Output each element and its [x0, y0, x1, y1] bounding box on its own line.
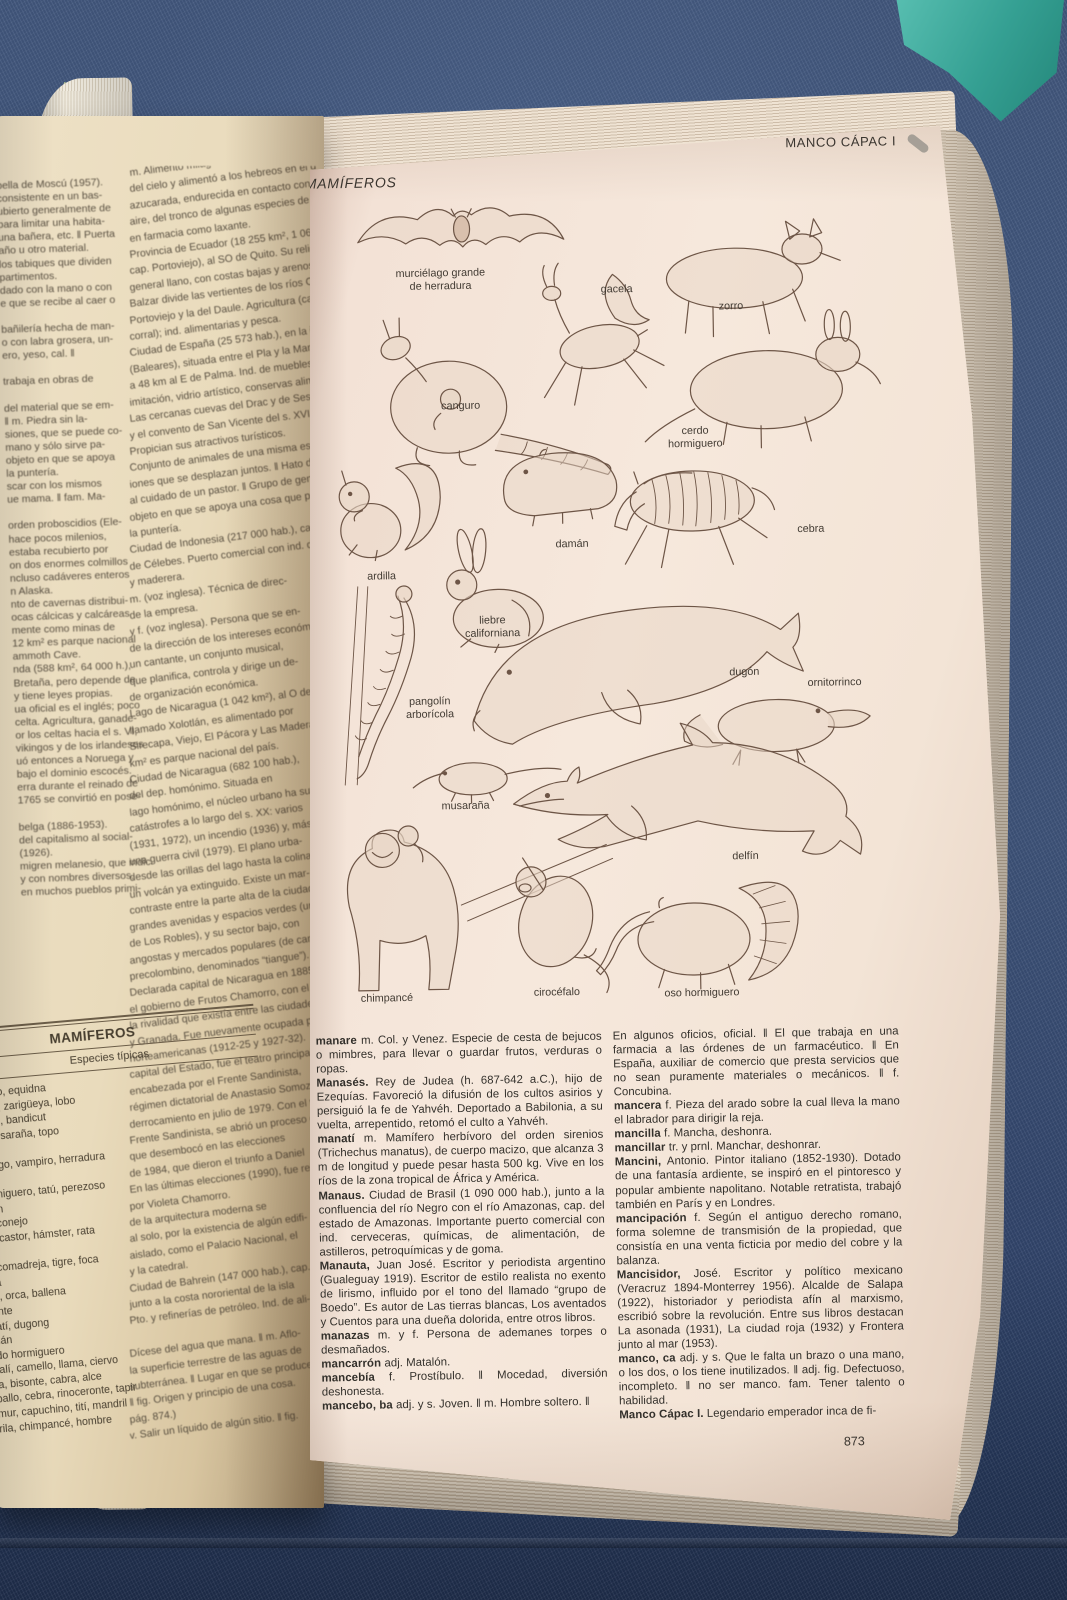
table-row: uán — [0, 1121, 265, 1161]
dictionary-entry: mancipación f. Según el antiguo derecho … — [616, 1207, 903, 1268]
label-ardilla: ardilla — [367, 570, 396, 583]
table-row: fa, bisonte, cabra, alce — [0, 1353, 285, 1393]
text-fragment: año u otro material. — [0, 241, 131, 259]
text-fragment: angostas y mercados populares (de caráct… — [130, 931, 315, 970]
dictionary-entry: manco, ca adj. y s. Que le falta un braz… — [618, 1347, 905, 1408]
text-fragment: general llano, con costas bajas y arenos… — [130, 258, 315, 297]
text-fragment: Frente Sandinista, se abrió un proceso d… — [130, 1111, 315, 1150]
text-fragment: ua oficial es el inglés; poco — [14, 699, 146, 717]
text-fragment: Provincia de Ecuador (18 255 km², 1 060 … — [130, 225, 315, 264]
text-fragment: lago homónimo, el núcleo urbano ha sufri… — [130, 783, 315, 822]
label-musarana: musaraña — [442, 800, 490, 813]
text-fragment: mente como minas de — [12, 620, 144, 638]
text-fragment: un volcán ya extinguido. Existe un mar- — [130, 865, 315, 904]
label-cirocefalo: cirocéfalo — [534, 986, 580, 999]
text-fragment: nto de cavernas distribui- — [11, 594, 143, 612]
text-fragment: la rivalidad que existía entre las ciuda… — [130, 997, 315, 1036]
text-fragment: v. Salir un líquido de algún sitio. ‖ fi… — [130, 1407, 315, 1446]
label-ornitorrinco: ornitorrinco — [807, 676, 861, 690]
bat-sketch — [357, 207, 564, 249]
text-fragment: y Granada. Fue nuevamente ocupada por — [130, 1013, 315, 1052]
table-row: ciélago, vampiro, herradura — [0, 1135, 266, 1175]
text-fragment: del capitalismo al social- — [19, 830, 151, 848]
table-row: supial, bandicut — [0, 1092, 262, 1132]
table-row: fín, orca, ballena — [0, 1266, 277, 1306]
dictionary-text: manare m. Col. y Venez. Especie de cesta… — [316, 1024, 907, 1427]
text-fragment: de la dirección de los intereses económi… — [130, 619, 315, 658]
text-fragment: (1926). — [19, 843, 151, 861]
text-fragment: bella de Moscú (1957). — [0, 175, 128, 193]
squirrel-sketch — [339, 463, 442, 561]
right-page-content: MANCO CÁPAC I MAMÍFEROS — [294, 120, 982, 1539]
text-fragment: en farmacia como laxante. — [130, 209, 315, 248]
label-pangolin: pangolín arborícola — [406, 695, 454, 721]
text-fragment: pág. 874.) — [130, 1390, 315, 1429]
text-fragment: mano y sólo sirve pa- — [5, 437, 137, 455]
table-row: mur, capuchino, tití, mandril — [0, 1382, 288, 1422]
text-fragment: 1765 se convirtió en pose- — [17, 790, 149, 808]
text-fragment: siones, que se puede co- — [5, 424, 137, 442]
dictionary-entry: Mancini, Antonio. Pintor italiano (1852-… — [615, 1151, 902, 1212]
dictionary-right-column: En algunos oficios, oficial. ‖ El que tr… — [613, 1024, 906, 1422]
text-fragment: Portoviejo y la del Daule. Agricultura (… — [130, 291, 315, 330]
table-row: mán — [0, 1310, 281, 1350]
text-fragment: m. Alimento milagroso que, según la Bibl… — [130, 166, 315, 182]
text-fragment: el gobierno de Frutos Chamorro, con el f… — [130, 980, 315, 1019]
table-row: hormiguero, tatú, perezoso — [0, 1164, 269, 1204]
text-fragment: imitación, vidrio artístico, conservas a… — [130, 373, 315, 412]
dictionary-entry: manatí m. Mamífero herbívoro del orden s… — [317, 1128, 604, 1189]
text-fragment: o con labra grosera, un- — [1, 332, 133, 350]
text-fragment: y con nombres diversos, — [20, 869, 152, 887]
text-fragment: bajo el dominio escocés. — [17, 764, 149, 782]
text-fragment: ‖ fig. Origen y principio de una cosa. — [130, 1374, 315, 1413]
text-fragment: erra durante el reinado de — [17, 777, 149, 795]
text-fragment: corral); ind. alimentarias y pesca. — [130, 307, 315, 346]
table-row: guros, zarigüeya, lobo — [0, 1077, 261, 1117]
text-fragment: derrocamiento en julio de 1979. Con el t… — [130, 1095, 315, 1134]
text-fragment: ero, yeso, cal. ‖ — [2, 346, 134, 364]
dictionary-entry: manare m. Col. y Venez. Especie de cesta… — [316, 1030, 603, 1077]
text-fragment: subterránea. ‖ Lugar en que se produce — [130, 1357, 315, 1396]
label-canguro: canguro — [441, 400, 480, 413]
text-fragment: ammoth Cave. — [12, 646, 144, 664]
table-row: orrinco, equidna — [0, 1063, 260, 1103]
label-chimpance: chimpancé — [361, 992, 413, 1006]
text-fragment: del material que se em- — [4, 398, 136, 416]
text-fragment: (Baleares), situada entre el Pla y la Ma… — [130, 340, 315, 379]
label-cebra: cebra — [797, 523, 824, 536]
dictionary-entry: En algunos oficios, oficial. ‖ El que tr… — [613, 1024, 900, 1099]
table-rows: orrinco, equidnaguros, zarigüeya, lobosu… — [0, 1063, 289, 1438]
hanging-monkey-sketch — [460, 844, 615, 995]
text-fragment: En las últimas elecciones (1990), fue re… — [130, 1161, 315, 1200]
label-murcielago: murciélago grande de herradura — [396, 267, 486, 294]
text-fragment: y maderera. — [130, 554, 315, 593]
label-gacela: gacela — [601, 283, 633, 296]
table-row: rsa — [0, 1252, 276, 1292]
text-fragment: m. (voz inglesa). Técnica de direc- — [130, 570, 315, 609]
text-fragment: objeto en que se apoya una cosa que pued… — [130, 488, 315, 527]
text-fragment: objeto en que se apoya — [6, 450, 138, 468]
text-fragment: de 1984, que dieron el triunfo a Daniel — [130, 1144, 315, 1183]
dictionary-entry: Manasés. Rey de Judea (h. 687-642 a.C.),… — [316, 1072, 603, 1133]
text-fragment: un cantante, un conjunto musical, — [130, 636, 315, 675]
dictionary-entry: Mancisidor, José. Escritor y político me… — [617, 1263, 904, 1352]
text-fragment: Ciudad de España (25 573 hab.), en la is… — [130, 324, 315, 363]
text-fragment: nda (588 km², 64 000 h.), — [13, 660, 145, 678]
text-fragment: Propician sus atractivos turísticos. — [130, 422, 315, 461]
text-fragment: desde las orillas del lago hasta la coli… — [130, 849, 315, 888]
text-fragment: y tiene leyes propias. — [14, 686, 146, 704]
text-fragment — [18, 804, 150, 822]
label-oso-hormiguero: oso hormiguero — [664, 986, 739, 1000]
text-fragment: de organización económica. — [130, 668, 315, 707]
text-fragment: aire, del tronco de algunas especies de … — [130, 193, 315, 232]
text-fragment: on dos enormes colmillos — [9, 555, 141, 573]
table-row: golín — [0, 1179, 270, 1219]
text-fragment: Las cercanas cuevas del Drac y de Ses Pu… — [130, 389, 315, 428]
text-fragment: Ciudad de Bahrein (147 000 hab.), cap. — [130, 1259, 315, 1298]
table-row: rila, chimpancé, hombre — [0, 1397, 289, 1437]
fox-sketch — [604, 218, 842, 338]
text-fragment: del dep. homónimo. Situada en — [130, 767, 315, 806]
table-row: fante — [0, 1281, 279, 1321]
pangolin-sketch — [342, 586, 417, 785]
text-fragment — [1, 306, 133, 324]
text-fragment: hace pocos milenios, — [8, 529, 140, 547]
text-fragment: de Los Robles), y su sector bajo, con — [130, 914, 315, 953]
text-fragment: consistente en un bas- — [0, 188, 129, 206]
text-fragment: norteamericanas (1912-25 y 1927-32). — [130, 1029, 315, 1068]
table-row: rdo hormiguero — [0, 1324, 283, 1364]
text-fragment: para limitar una habita- — [0, 215, 130, 233]
text-fragment: grandes avenidas y espacios verdes (ur- — [130, 898, 315, 937]
text-fragment: ‖ m. Piedra sin la- — [4, 411, 136, 429]
label-dugon: dugón — [729, 666, 759, 679]
text-fragment: Balzar divide las vertientes de los ríos… — [130, 275, 315, 314]
text-fragment: al solo, por la existencia de algún edif… — [130, 1210, 315, 1249]
text-fragment: de la empresa. — [130, 586, 315, 625]
text-fragment: Dícese del agua que mana. ‖ m. Aflo- — [130, 1325, 315, 1364]
text-fragment: al cuidado de un pastor. ‖ Grupo de gent… — [130, 472, 315, 511]
table-row: nde — [0, 1150, 267, 1190]
plate-title: MAMÍFEROS — [305, 174, 397, 192]
label-delfin: delfín — [732, 850, 759, 863]
text-fragment: aislado, como el Palacio Nacional, el — [130, 1226, 315, 1265]
text-fragment: estaba recubierto por — [9, 542, 141, 560]
table-row: salí, camello, llama, ciervo — [0, 1339, 284, 1379]
text-fragment: migren melanesio, que indica — [20, 856, 152, 874]
text-fragment: por Violeta Chamorro. — [130, 1177, 315, 1216]
text-fragment: Ciudad de Indonesia (217 000 hab.), cap. — [130, 521, 315, 560]
text-fragment: Conjunto de animales de una misma es- — [130, 439, 315, 478]
text-fragment — [7, 503, 139, 521]
text-fragment: a 48 km al E de Palma. Ind. de muebles, — [130, 357, 315, 396]
zebra-sketch — [614, 470, 776, 569]
text-fragment: precolombino, denominados “tiangue”). En — [130, 947, 315, 986]
text-fragment: capital del Estado, fue el teatro princi… — [130, 1046, 315, 1085]
label-daman: damán — [555, 538, 588, 551]
text-fragment: Bretaña, pero depende de — [13, 673, 145, 691]
text-fragment — [3, 385, 135, 403]
fabric-seam — [0, 1538, 1067, 1548]
text-fragment: e que se recibe al caer o — [0, 293, 132, 311]
text-fragment: encabezada por el Frente Sandinista, — [130, 1062, 315, 1101]
text-fragment: vikingos y de los irlandeses — [16, 738, 148, 756]
left-page: bella de Moscú (1957).consistente en un … — [0, 116, 324, 1508]
label-liebre: liebre californiana — [465, 614, 521, 640]
text-fragment: bañilería hecha de man- — [1, 319, 133, 337]
text-fragment: la puntería. — [6, 463, 138, 481]
text-fragment: en muchos pueblos primi- — [21, 882, 153, 900]
text-fragment: de Célebes. Puerto comercial con ind. de — [130, 537, 315, 576]
table-row: re, conejo — [0, 1193, 271, 1233]
table-row: n — [0, 1222, 274, 1262]
table-row: lla, castor, hámster, rata — [0, 1208, 272, 1248]
text-fragment: contraste entre la parte alta de la ciud… — [130, 882, 315, 921]
text-fragment: y f. (voz inglesa). Persona que se en- — [130, 603, 315, 642]
table-subtitle: Especies típicas — [0, 1035, 258, 1083]
text-fragment: junto a la costa nororiental de la isla — [130, 1275, 315, 1314]
text-fragment: orden proboscidios (Ele- — [8, 516, 140, 534]
text-fragment: celta. Agricultura, ganade- — [15, 712, 147, 730]
anteater-sketch — [595, 882, 799, 991]
hyrax-sketch — [503, 448, 618, 526]
table-row: o, musaraña, topo — [0, 1106, 263, 1146]
text-fragment: belga (1886-1953). — [18, 817, 150, 835]
left-page-outer-column: bella de Moscú (1957).consistente en un … — [0, 175, 162, 1151]
photo-background: bella de Moscú (1957).consistente en un … — [0, 0, 1067, 1600]
right-page: MANCO CÁPAC I MAMÍFEROS — [298, 116, 1010, 1544]
text-fragment: uó entonces a Noruega y — [16, 751, 148, 769]
text-fragment: 12 km² es parque nacional — [12, 633, 144, 651]
text-fragment: régimen dictatorial de Anastasio Somoza, — [130, 1079, 315, 1118]
text-fragment: del cielo y alimentó a los hebreos en el… — [130, 166, 315, 199]
text-fragment: Lago de Nicaragua (1 042 km²), al O del — [130, 685, 315, 724]
text-fragment: Pto. y refinerías de petróleo. Ind. de a… — [130, 1292, 315, 1331]
text-fragment: Ciudad de Nicaragua (682 100 hab.), — [130, 750, 315, 789]
table-title: MAMÍFEROS — [0, 1014, 256, 1063]
page-number: 873 — [317, 1434, 865, 1458]
mammals-illustration — [295, 191, 959, 1002]
text-fragment: Declarada capital de Nicaragua en 1885, — [130, 964, 315, 1003]
text-fragment: ue mama. ‖ fam. Ma- — [7, 489, 139, 507]
dictionary-entry: Manauta, Juan José. Escritor y periodist… — [320, 1254, 607, 1329]
text-fragment: Sirecapa, Viejo, El Pácora y Las Maderas… — [130, 718, 315, 757]
text-fragment: partimentos. — [0, 267, 132, 285]
label-cerdo-hormiguero: cerdo hormiguero — [668, 424, 723, 450]
text-fragment: cap. Portoviejo), al SO de Quito. Su rel… — [130, 242, 315, 281]
text-fragment: scar con los mismos — [7, 476, 139, 494]
text-fragment: ubierto generalmente de — [0, 202, 129, 220]
text-fragment: (1931, 1972), un incendio (1936) y, más — [130, 816, 315, 855]
text-fragment: y la catedral. — [130, 1243, 315, 1282]
text-fragment — [2, 359, 134, 377]
table-row: o, comadreja, tigre, foca — [0, 1237, 275, 1277]
text-fragment: que planifica, controla y dirige un de- — [130, 652, 315, 691]
label-zorro: zorro — [719, 300, 744, 313]
table-row: ballo, cebra, rinoceronte, tapir — [0, 1368, 286, 1408]
text-fragment: catástrofes a lo largo del s. XX: varios — [130, 800, 315, 839]
text-fragment: los tabiques que dividen — [0, 254, 131, 272]
text-fragment: de la arquitectura moderna se — [130, 1193, 315, 1232]
text-fragment: ncluso cadáveres enteros — [10, 568, 142, 586]
left-page-species-table: MAMÍFEROS Especies típicas orrinco, equi… — [0, 1004, 289, 1437]
dictionary-left-column: manare m. Col. y Venez. Especie de cesta… — [316, 1030, 609, 1428]
text-fragment: dado con la mano o con — [0, 280, 132, 298]
text-fragment: llamado Xolotlán, es alimentado por — [130, 701, 315, 740]
dictionary-entry: Manaus. Ciudad de Brasil (1 090 000 hab.… — [318, 1184, 605, 1259]
text-fragment: azucarada, endurecida en contacto con — [130, 176, 315, 215]
text-fragment: una bañera, etc. ‖ Puerta — [0, 228, 130, 246]
left-page-spine-column: m. Alimento milagroso que, según la Bibl… — [130, 166, 316, 1508]
text-fragment: iones que se desplazan juntos. ‖ Hato de… — [130, 455, 315, 494]
text-fragment: ocas cálcicas y calcáreas — [11, 607, 143, 625]
text-fragment: n Alaska. — [10, 581, 142, 599]
text-fragment — [130, 1308, 315, 1347]
chimpanzee-sketch — [346, 825, 459, 991]
text-fragment: or los celtas hacia el s. VI, — [15, 725, 147, 743]
table-row: natí, dugong — [0, 1295, 280, 1335]
text-fragment: una guerra civil (1979). El plano urba- — [130, 832, 315, 871]
text-fragment: trabaja en obras de — [3, 372, 135, 390]
text-fragment: que desembocó en las elecciones — [130, 1128, 315, 1167]
text-fragment: la superficie terrestre de las aguas de — [130, 1341, 315, 1380]
text-fragment: y el convento de San Vicente del s. XVI … — [130, 406, 315, 445]
text-fragment: km² es parque nacional del país. — [130, 734, 315, 773]
text-fragment: la puntería. — [130, 504, 315, 543]
